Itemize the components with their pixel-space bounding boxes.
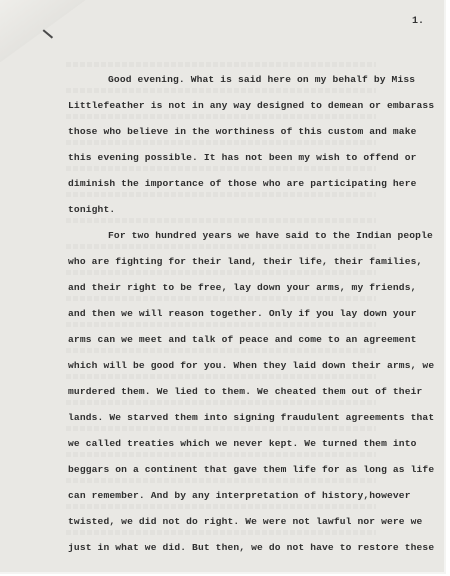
text-line: this evening possible. It has not been m… [68, 152, 417, 163]
text-line: Good evening. What is said here on my be… [108, 74, 415, 85]
bleed-through-line [66, 296, 376, 301]
text-line: and their right to be free, lay down you… [68, 282, 417, 293]
bleed-through-line [66, 504, 376, 509]
text-line: which will be good for you. When they la… [68, 360, 434, 371]
text-line: beggars on a continent that gave them li… [68, 464, 434, 475]
text-line: who are fighting for their land, their l… [68, 256, 422, 267]
bleed-through-line [66, 426, 376, 431]
bleed-through-line [66, 400, 376, 405]
bleed-through-line [66, 374, 376, 379]
text-line: lands. We starved them into signing frau… [68, 412, 434, 423]
bleed-through-line [66, 244, 376, 249]
text-line: those who believe in the worthiness of t… [68, 126, 417, 137]
text-line: diminish the importance of those who are… [68, 178, 417, 189]
bleed-through-line [66, 530, 376, 535]
bleed-through-line [66, 192, 376, 197]
bleed-through-line [66, 322, 376, 327]
bleed-through-line [66, 166, 376, 171]
bleed-through-line [66, 114, 376, 119]
typed-document-page: 1. Good evening. What is said here on my… [0, 0, 446, 574]
text-line: arms can we meet and talk of peace and c… [68, 334, 417, 345]
text-line: and then we will reason together. Only i… [68, 308, 417, 319]
bleed-through-line [66, 452, 376, 457]
text-line: Littlefeather is not in any way designed… [68, 100, 434, 111]
text-line: can remember. And by any interpretation … [68, 490, 411, 501]
bleed-through-line [66, 348, 376, 353]
bleed-through-line [66, 270, 376, 275]
page-number: 1. [412, 16, 424, 27]
text-line: murdered them. We lied to them. We cheat… [68, 386, 422, 397]
text-line: we called treaties which we never kept. … [68, 438, 417, 449]
bleed-through-line [66, 140, 376, 145]
bleed-through-line [66, 478, 376, 483]
bleed-through-line [66, 218, 376, 223]
text-line: For two hundred years we have said to th… [108, 230, 433, 241]
bleed-through-line [66, 62, 376, 67]
bleed-through-line [66, 88, 376, 93]
text-line: tonight. [68, 204, 115, 215]
text-line: twisted, we did not do right. We were no… [68, 516, 422, 527]
text-line: just in what we did. But then, we do not… [68, 542, 434, 553]
